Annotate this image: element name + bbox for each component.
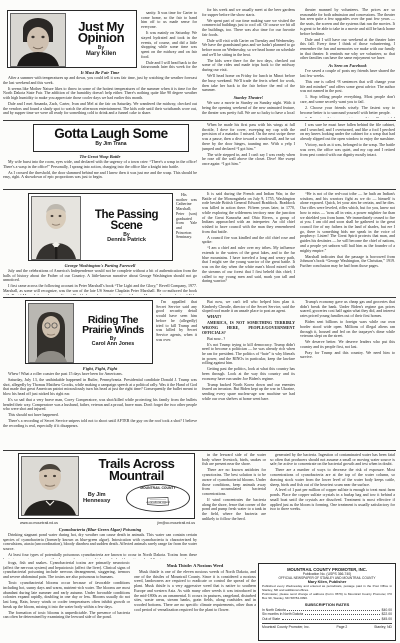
- paragraph: “He is not of the red-coat tribe — he ha…: [300, 192, 395, 253]
- paragraph: I'm appalled that Secret Service said an…: [156, 300, 197, 342]
- jim-hennessy-photo: [21, 456, 79, 516]
- rate-price: $45.00: [382, 617, 392, 621]
- prairie-winds-headline-box: Riding The Prairie Winds By Carol Ann Jo…: [25, 300, 153, 364]
- paragraph: Musk thistle is one of the eleven noxiou…: [134, 570, 256, 612]
- opinion-lead-column: After a summer with temperatures up and …: [3, 76, 197, 117]
- trails-headline-box: Trails Across Mountrail By Jim Hennessy …: [18, 453, 195, 519]
- paragraph: The formation of toxic blooms is unpredi…: [3, 611, 130, 620]
- paragraph: Dale will visit with Carter on Tuesday a…: [202, 39, 295, 58]
- paragraph: It is said during the French and Indian …: [202, 192, 295, 234]
- passing-column-b: “He is not of the red-coat tribe — he ha…: [300, 192, 395, 295]
- dennis-patrick-photo: [31, 196, 81, 260]
- mountrail-county-logo: MOUNTRAIL COUNTY Agricultural Agent: [126, 484, 190, 512]
- laugh-kicker: The Great Wasp Battle: [3, 154, 197, 159]
- paragraph: There's a recording of Secret Service sn…: [3, 419, 197, 428]
- paragraph: I first came across the following accoun…: [3, 284, 197, 295]
- newspaper-page: Just My Opinion By Mary Kilen sanity. It…: [0, 0, 400, 643]
- mary-kilen-photo: [10, 13, 66, 67]
- paragraph: My wife burst into the room, eyes wide, …: [3, 160, 197, 169]
- passing-column-a: It is said during the French and Indian …: [202, 192, 295, 295]
- paragraph: Trump backed North Korea down and our en…: [202, 383, 295, 402]
- portrait-man-suit-icon: [32, 197, 80, 259]
- prairie-kicker: Fight, Fight, Fight: [3, 366, 197, 371]
- paragraph: Dale and I met Amanda, Zach, Carter, Iva…: [3, 102, 197, 116]
- paragraph: If wind concentrates the bacteria along …: [202, 498, 266, 522]
- headline-line: Opinion: [78, 32, 124, 44]
- byline: Carol Ann Jones: [92, 342, 135, 348]
- rate-label: Out of State: [262, 617, 280, 621]
- rate-label: Six months in North Dakota: [262, 612, 303, 616]
- laugh-column-a: When he made his first pass with his win…: [202, 123, 295, 186]
- trails-lead-column: Drinking stagnant pond water during hot,…: [3, 533, 197, 559]
- paragraph: Dale and I will have our weekend at the …: [300, 38, 395, 62]
- prairie-lead-column: Whew! What a roller coaster the past 15 …: [3, 372, 197, 446]
- caps: AMERICA, IS NOT SOMETHING TERRIBLY WRONG…: [202, 321, 295, 335]
- paragraph: There are no known antidotes for cyanoto…: [202, 468, 266, 496]
- paragraph: 2. Choose your friends wisely. The faste…: [300, 106, 395, 115]
- paragraph: It was mainly on Saturday. We stayed hyd…: [141, 31, 197, 59]
- paragraph: His mother was Catherine Marshall; Peter…: [176, 193, 197, 240]
- paragraph: Toxic cyanobacterial blooms occur becaus…: [3, 581, 130, 609]
- paragraph: “I am a chief and ruler over my tribes. …: [202, 246, 295, 284]
- paragraph: Biden sent billions to foreign wars whil…: [300, 320, 395, 339]
- postmaster-note: Postmaster, please send change of addres…: [262, 593, 392, 600]
- paragraph: We saw a movie in Stanley on Sunday nigh…: [202, 101, 295, 115]
- paragraph: Pray for Trump and this country. We need…: [300, 351, 395, 360]
- paragraph: It's so sad that a very brave man, Corey…: [3, 398, 197, 412]
- footer-city: Stanley, ND: [374, 625, 392, 629]
- byline: By Jim Trana: [95, 142, 126, 147]
- leader-dots: [305, 614, 380, 615]
- official-newspaper-line: OFFICIAL NEWSPAPER OF STANLEY AND MOUNTR…: [262, 576, 392, 580]
- trails-right-upper-column: generated by the bacteria. Ingestion of …: [270, 453, 395, 560]
- masthead-info-box: MOUNTRAIL COUNTY PROMOTER, INC. Publicat…: [258, 563, 396, 641]
- portrait-woman-short-hair-icon: [11, 14, 65, 66]
- rate-label: In North Dakota: [262, 608, 286, 612]
- rate-row: In North Dakota $40.00: [262, 608, 392, 612]
- paragraph: I was sure he must have fallen behind th…: [300, 123, 395, 142]
- paragraph: Dale and I will head back to the fairgro…: [141, 61, 197, 68]
- rate-price: $22.00: [382, 612, 392, 616]
- prairie-wrap-column: I'm appalled that Secret Service said an…: [156, 300, 197, 364]
- paragraph: We spent part of our time making sure we…: [202, 19, 295, 38]
- paragraph: There are a number of ways to decrease t…: [270, 468, 395, 487]
- passing-scene-headline-box: The Passing Scene By Dennis Patrick: [28, 193, 173, 261]
- paragraph: This one is called “8 sentences that wil…: [300, 80, 395, 94]
- paragraph: Drinking stagnant pond water during hot,…: [3, 533, 197, 552]
- paragraph: frogs, fish and snakes. Cyanobacterial t…: [3, 561, 130, 580]
- paragraph: Whew! What a roller coaster the past 15 …: [3, 372, 197, 377]
- section-divider: [3, 189, 396, 190]
- headline-line: Prairie Winds: [82, 326, 144, 336]
- paragraph: I've saved a couple of posts my friends …: [300, 69, 395, 78]
- paragraph: July and the celebrations of America's I…: [3, 269, 197, 283]
- trails-middle-upper-column: in the leeward side of the water body wh…: [202, 453, 266, 560]
- passing-kicker: George Washington's Parting Farewell: [3, 263, 197, 268]
- paragraph: Victory, such as it was, belonged to the…: [300, 143, 395, 157]
- paragraph: Marshall indicates that the passage is b…: [300, 255, 395, 269]
- opinion-column-b: theater manned by volunteers. The prices…: [300, 8, 395, 118]
- subscription-rates-title: SUBSCRIPTION RATES: [262, 602, 392, 607]
- paragraph: After a summer with temperatures up and …: [3, 76, 197, 85]
- paragraph: generated by the bacteria. Ingestion of …: [270, 453, 395, 467]
- byline: Hennessy: [83, 498, 110, 504]
- paragraph: We deserve better. We deserve leaders wh…: [300, 340, 395, 349]
- section-divider: [3, 297, 396, 298]
- trails-left-column: frogs, fish and snakes. Cyanobacterial t…: [3, 561, 130, 641]
- portrait-woman-long-hair-icon: [29, 304, 73, 362]
- gotta-laugh-headline-box: Gotta Laugh Some By Jim Trana: [33, 124, 189, 152]
- opinion-kicker: It Must Be Fair Time: [3, 70, 197, 75]
- nd-state-icon: [147, 497, 169, 506]
- passing-wrap-column: His mother was Catherine Marshall; Peter…: [176, 193, 197, 261]
- paragraph: The kids were there for the two days, ch…: [202, 59, 295, 73]
- paragraph: in the leeward side of the water body wh…: [202, 453, 266, 467]
- section-divider: [3, 120, 396, 121]
- paragraph: The wife stepped in, and I can't say I w…: [202, 153, 295, 167]
- footer-company: Mountrail County Promoter, Inc.: [262, 625, 310, 629]
- paragraph: At least four types of potentially poiso…: [3, 553, 197, 559]
- paragraph: for his week and we usually meet at the …: [202, 8, 295, 17]
- just-my-opinion-headline-box: Just My Opinion By Mary Kilen: [7, 10, 137, 68]
- trails-contact-row: www.co.mountrail.nd.us jim@co.mountrail.…: [20, 521, 195, 525]
- paragraph: 3. Expect nothing, appreciate everything…: [300, 117, 395, 118]
- byline: Dennis Patrick: [107, 238, 146, 244]
- section-divider: [3, 450, 396, 451]
- rate-price: $40.00: [382, 608, 392, 612]
- paragraph: It's not Trump trying to kill democracy.…: [202, 343, 295, 367]
- paragraph: sanity. It was time for Carter to come h…: [141, 11, 197, 30]
- paragraph: But now, we can't tell who helped him pl…: [202, 300, 295, 314]
- headline-line: Gotta Laugh Some: [54, 128, 168, 140]
- laugh-lead-column: My wife burst into the room, eyes wide, …: [3, 160, 197, 186]
- website-text: www.co.mountrail.nd.us: [20, 521, 58, 525]
- rate-row: Out of State $45.00: [262, 617, 392, 621]
- opinion-wrap-column: sanity. It was time for Carter to come h…: [141, 11, 197, 68]
- page-number: Page 2: [337, 625, 348, 629]
- paragraph: A council fire was kindled and the old c…: [202, 236, 295, 245]
- passing-lead-column: July and the celebrations of America's I…: [3, 269, 197, 295]
- paragraph: Trump's economy gave us cheap gas and gr…: [300, 300, 395, 319]
- portrait-man-polo-icon: [22, 457, 78, 515]
- rate-row: Six months in North Dakota $22.00: [262, 612, 392, 616]
- paragraph: We'll head home on Friday for lunch in M…: [202, 74, 295, 93]
- leader-dots: [287, 610, 380, 611]
- paragraph: theater manned by volunteers. The prices…: [300, 8, 395, 36]
- trails-kicker: Cyanobacteria (Blue-Green Algae) Poisoni…: [3, 527, 197, 532]
- paragraph: As I crossed the threshold, the door sla…: [3, 171, 197, 180]
- headline-line: Scene: [111, 221, 143, 232]
- laugh-column-b: I was sure he must have fallen behind th…: [300, 123, 395, 186]
- musk-thistle-header: Musk Thistle: A Noxious Weed: [134, 563, 256, 568]
- paragraph: It seems like Mother Nature likes to thr…: [3, 87, 197, 101]
- musk-thistle-column: Musk thistle is one of the eleven noxiou…: [134, 570, 256, 641]
- paragraph: Getting past the politics, look at what …: [202, 367, 295, 381]
- paragraph: A level of 1 part per million of copper …: [270, 488, 395, 512]
- headline-line: Mountrail: [109, 470, 164, 482]
- logo-county-label: MOUNTRAIL COUNTY: [127, 487, 189, 490]
- leader-dots: [282, 619, 381, 620]
- published-note: Published every Wednesday and entered as…: [262, 585, 392, 592]
- prairie-column-b: Trump's economy gave us cheap gas and gr…: [300, 300, 395, 434]
- prairie-column-a: But now, we can't tell who helped him pl…: [202, 300, 295, 446]
- paragraph: When he made his first pass with his win…: [202, 123, 295, 151]
- opinion-column-a: for his week and we usually meet at the …: [202, 8, 295, 118]
- email-text: jim@co.mountrail.nd.us: [157, 521, 195, 525]
- masthead-footer: Mountrail County Promoter, Inc. Page 2 S…: [262, 623, 392, 630]
- carol-ann-jones-photo: [28, 303, 74, 363]
- byline: Mary Kilen: [86, 51, 116, 57]
- paragraph: 1. Stop telling people everything. Most …: [300, 95, 395, 104]
- paragraph: Saturday, July 13, the unthinkable happe…: [3, 378, 197, 397]
- paragraph: But now...?: [202, 337, 295, 342]
